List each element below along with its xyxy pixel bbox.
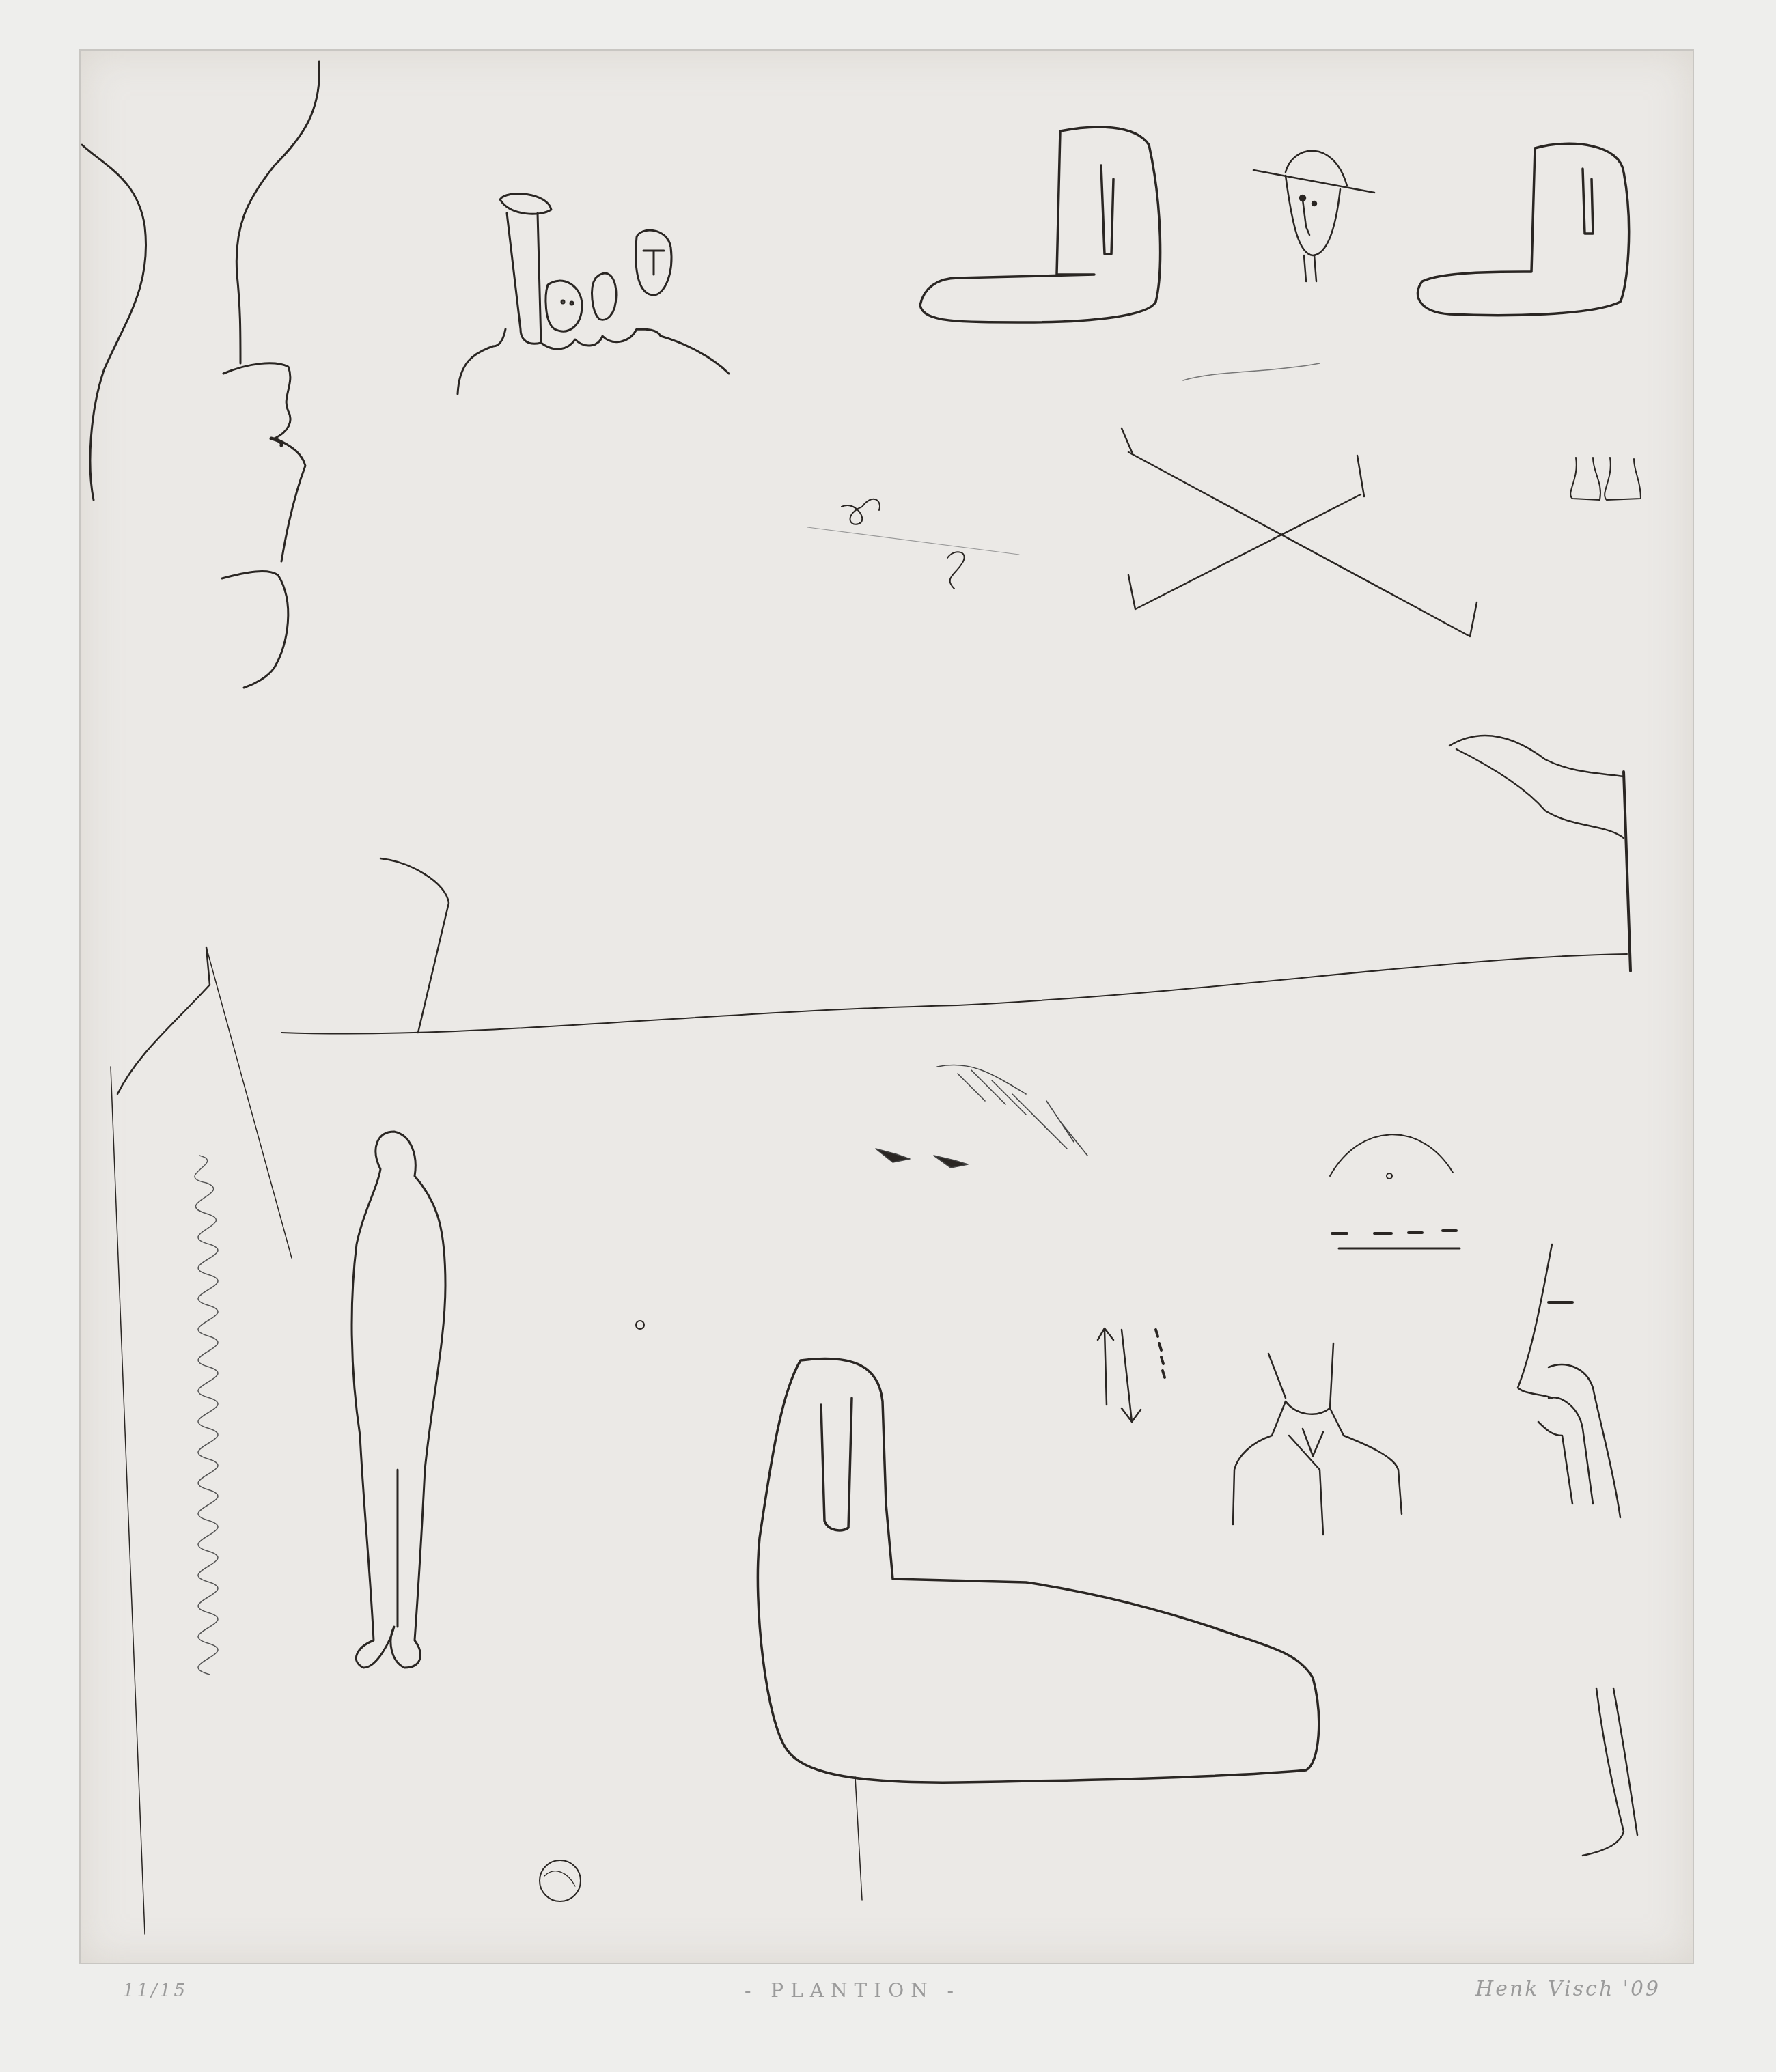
- flag-on-pole: [1449, 736, 1631, 971]
- profile-face-silhouette: [82, 61, 320, 688]
- man-with-hat: [1253, 151, 1374, 281]
- profile-nose-mouth: [1518, 1244, 1620, 1517]
- group-of-heads: [458, 194, 729, 394]
- squiggle-line: [1183, 363, 1320, 380]
- suited-man-bust: [1233, 1343, 1402, 1535]
- pair-of-boots: [1570, 458, 1641, 500]
- scribble-column: [195, 1156, 218, 1675]
- bird-flock: [876, 1065, 1087, 1168]
- crossed-lines-x: [1122, 428, 1477, 636]
- artwork-title: - PLANTION -: [745, 1979, 960, 2002]
- swans: [807, 499, 1019, 589]
- horizon-line: [281, 954, 1627, 1034]
- standing-figure: [352, 1132, 445, 1668]
- large-l-shaped-arm: [758, 1359, 1318, 1901]
- l-shaped-arm-small: [1417, 143, 1628, 315]
- artist-signature: Henk Visch '09: [1475, 1977, 1661, 2001]
- l-shaped-arm-top: [920, 127, 1161, 322]
- arched-dome: [1330, 1134, 1460, 1248]
- ball: [540, 1860, 581, 1901]
- etching-plate: [79, 49, 1694, 1964]
- walking-stick: [111, 858, 449, 1934]
- leg-and-foot: [1583, 1688, 1637, 1856]
- small-circle: [636, 1321, 644, 1329]
- edition-number: 11/15: [123, 1980, 188, 2001]
- arrows: [1098, 1328, 1165, 1422]
